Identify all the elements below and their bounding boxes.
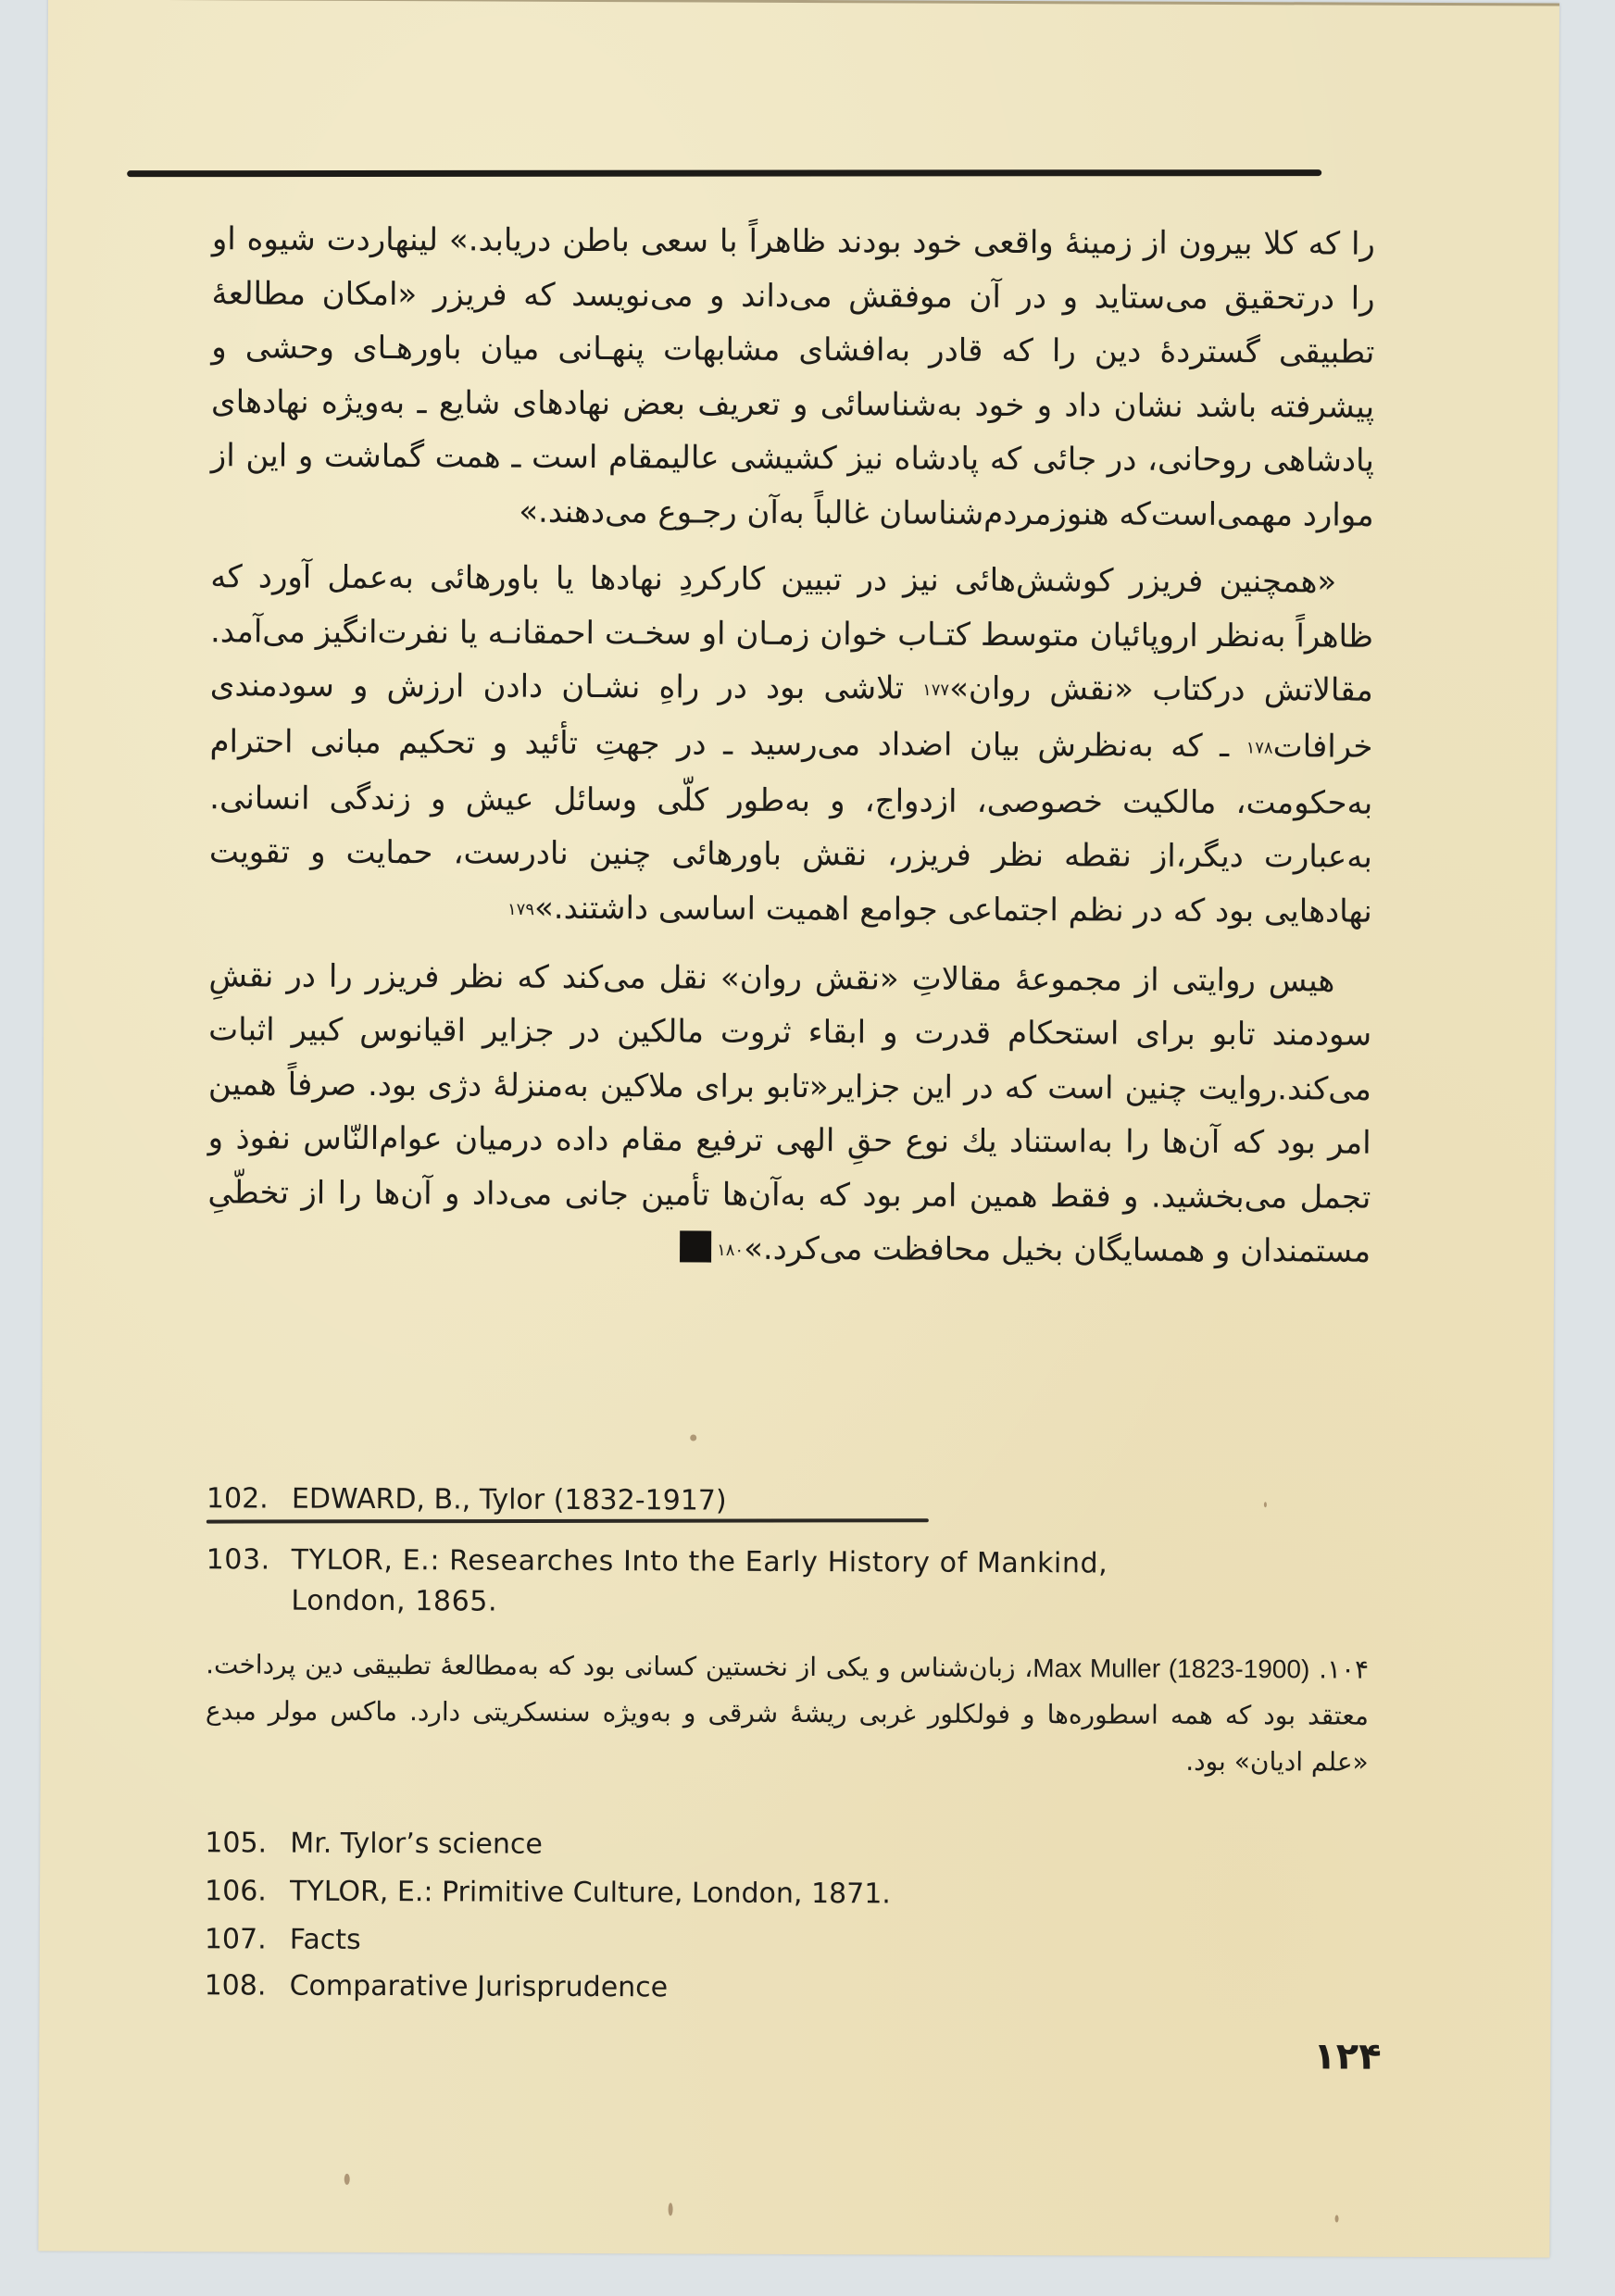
body-line: هیس روایتی از مجموعهٔ مقالاتِ «نقش روان»…: [286, 957, 1334, 999]
footnote-number: 105.: [205, 1823, 290, 1864]
paper-speck: [344, 2174, 350, 2185]
footnote-107: 107.Facts: [205, 1919, 361, 1961]
footnote-104: ۱۰۴. Max Muller (1823-1900)، زبان‌شناس و…: [206, 1641, 1370, 1785]
paper-speck: [669, 2202, 673, 2215]
paragraph-2: «همچنین فریزر کوشش‌هائی نیز در تبیین کار…: [209, 550, 1374, 941]
footnote-ref[interactable]: ۱۷۸: [1246, 738, 1273, 757]
page-number: ۱۲۴: [1313, 2035, 1381, 2078]
footnote-108: 108.Comparative Jurisprudence: [205, 1965, 669, 2008]
footnote-number: 103.: [207, 1540, 292, 1580]
footnote-text: TYLOR, E.: Primitive Culture, London, 18…: [290, 1876, 891, 1911]
end-of-section-square-icon: [680, 1231, 711, 1263]
footnote-text: TYLOR, E.: Researches Into the Early His…: [292, 1544, 1108, 1580]
footnote-text: EDWARD, B., Tylor (1832-1917): [292, 1483, 727, 1517]
footnote-103: 103.TYLOR, E.: Researches Into the Early…: [206, 1540, 1108, 1625]
paper-speck: [690, 1434, 696, 1441]
footnotes: 102.EDWARD, B., Tylor (1832-1917) 103.TY…: [207, 1479, 1370, 1483]
footnote-number: 106.: [205, 1871, 290, 1912]
page-top-edge: [48, 0, 1559, 6]
footnote-number: ۱۰۴.: [1319, 1653, 1369, 1684]
paper-speck: [1264, 1502, 1267, 1507]
footnote-text: Comparative Jurisprudence: [290, 1970, 669, 2004]
footnote-number: 107.: [205, 1919, 290, 1960]
footnote-text: Facts: [290, 1924, 361, 1956]
footnote-105: 105.Mr. Tylor’s science: [205, 1823, 543, 1865]
book-page: را که کلا بیرون از زمینهٔ واقعی خود بودن…: [38, 0, 1559, 2258]
body-line: تلاشی بود در راهِ نشـان دادن: [482, 668, 904, 706]
body-line: می‌دهند.»: [519, 493, 648, 530]
footnote-number: 108.: [205, 1965, 290, 2006]
paragraph-3: هیس روایتی از مجموعهٔ مقالاتِ «نقش روان»…: [207, 949, 1372, 1281]
header-rule: [127, 169, 1321, 177]
footnote-ref[interactable]: ۱۷۹: [507, 900, 534, 919]
footnote-102: 102.EDWARD, B., Tylor (1832-1917): [207, 1479, 727, 1521]
footnote-text: Mr. Tylor’s science: [290, 1828, 543, 1861]
body-text: را که کلا بیرون از زمینهٔ واقعی خود بودن…: [207, 212, 1375, 1281]
footnote-106: 106.TYLOR, E.: Primitive Culture, London…: [205, 1871, 891, 1915]
body-line: را که کلا بیرون از زمینهٔ واقعی خود بودن…: [327, 221, 1375, 263]
footnote-latin-name: Max Muller (1823-1900): [1033, 1653, 1309, 1683]
footnote-number: 102.: [207, 1479, 292, 1519]
body-line: ـ که به‌نظرش بیان اضداد می‌رسید ـ در جهت…: [493, 724, 1230, 764]
paper-speck: [1335, 2215, 1339, 2223]
body-line: «همچنین فریزر کوشش‌هائی نیز در تبیین کار…: [327, 559, 1336, 601]
footnote-ref[interactable]: ۱۷۷: [922, 680, 949, 700]
footnote-ref[interactable]: ۱۸۰: [717, 1241, 744, 1260]
footnote-text-continuation: London, 1865.: [206, 1580, 1108, 1625]
paragraph-1: را که کلا بیرون از زمینهٔ واقعی خود بودن…: [210, 212, 1375, 542]
